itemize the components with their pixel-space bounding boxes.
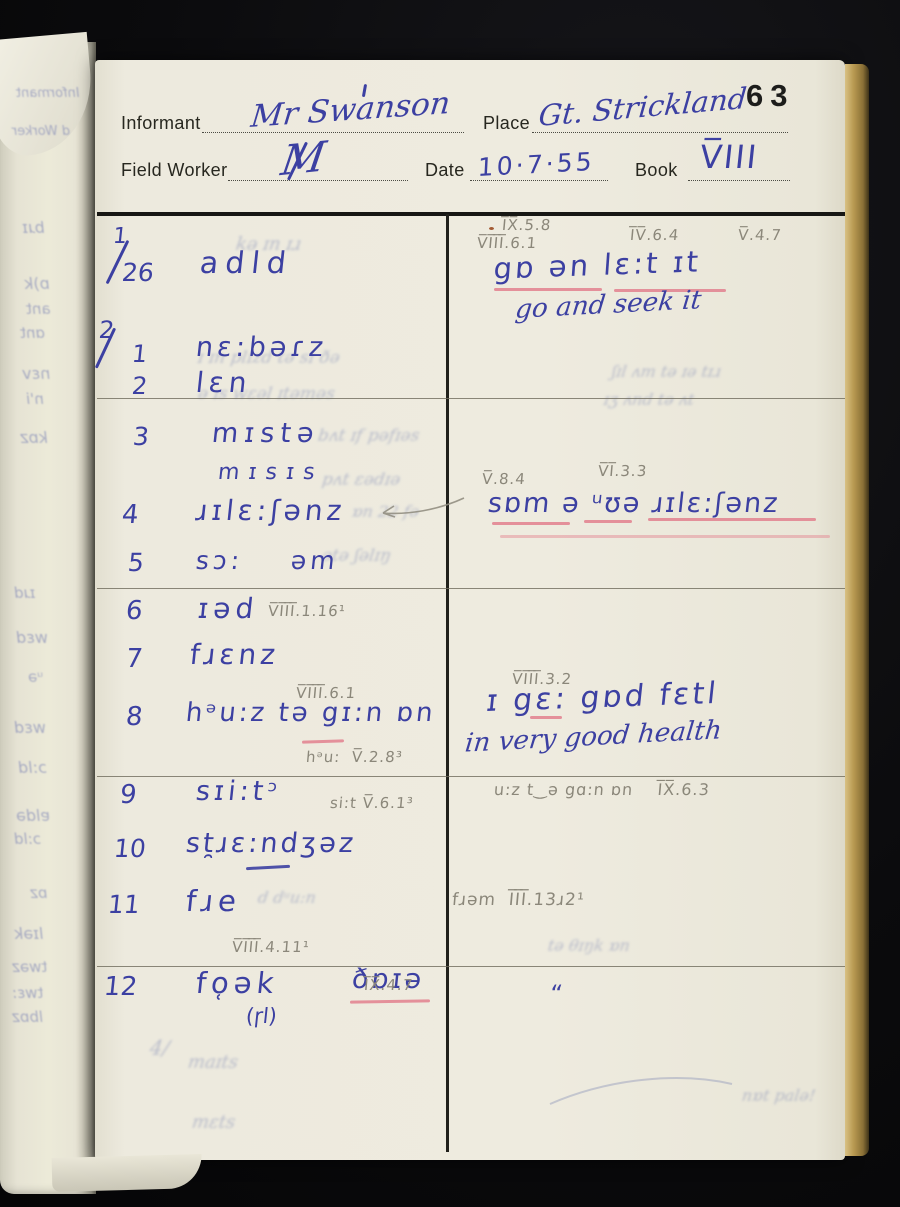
entry-text: hᵊu:z tə gɪ:n ɒn	[184, 698, 437, 728]
column-divider	[446, 214, 449, 1152]
entry-text: sɪi:tᵓ	[194, 776, 283, 807]
date-label: Date	[425, 160, 465, 181]
entry-number: 4	[120, 500, 140, 530]
entry-number: 26	[120, 258, 155, 287]
red-underline	[530, 716, 562, 719]
ink-speck	[489, 227, 494, 230]
informant-label: Informant	[121, 113, 201, 134]
entry-number: 10	[112, 834, 147, 863]
entry-text: fɹe	[184, 884, 243, 918]
entry-text: adld	[198, 246, 294, 281]
ghost-text: d dᵘu:n	[257, 888, 318, 907]
date-value: 10·7·55	[477, 147, 595, 182]
entry-text: ɹɪlɛ:ʃənz	[194, 494, 347, 527]
red-underline	[494, 288, 602, 291]
fieldworker-label: Field Worker	[121, 160, 228, 181]
entry-number: 1	[131, 340, 149, 368]
pencil-ref: V̅.8.4	[481, 470, 526, 488]
entry-text: lɛn	[194, 366, 253, 399]
entry-text: fo̜ək	[194, 966, 280, 1000]
entry-number: 9	[118, 780, 138, 810]
pencil-phonetic: u:z t‿ə gɑ:n ɒn I̅X̅.6.3	[493, 780, 711, 799]
red-underline	[492, 522, 570, 525]
entry-number: 11	[106, 890, 141, 919]
response-phonetic: sɒm ə ᵘʊə ɹɪlɛ:ʃənz	[486, 488, 781, 519]
entry-text: mɪstə	[210, 418, 321, 449]
pencil-ref: I̅X̅.5.8	[501, 216, 552, 234]
place-rule	[532, 131, 788, 133]
ghost-text: bʌt ɪf pəfɪəs	[317, 426, 421, 446]
pencil-ref: I̅X̅.4.7	[363, 976, 414, 994]
pencil-ref: si:t V̅.6.1³	[329, 794, 414, 812]
ghost-text: ɪʒ ʌnd tə ʌt	[603, 390, 696, 409]
row-line-2	[97, 588, 845, 589]
informant-rule	[202, 131, 464, 133]
ghost-text: pʌt ɛədɪə	[321, 470, 402, 490]
ghost-curve-line	[540, 1062, 740, 1112]
entry-number: 2	[131, 372, 149, 400]
pencil-ref: V̅I̅I̅I̅.6.1	[476, 234, 538, 252]
ghost-text: ʃɪl ʌm tə ɪə tɪɹ	[611, 362, 723, 381]
entry-text: sɔ: əm	[194, 546, 340, 575]
entry-subscript: (ɼl)	[245, 1004, 278, 1028]
pencil-ref: V̅I̅.3.3	[597, 462, 648, 480]
entry-number: 5	[126, 548, 145, 577]
ghost-text: 4∕	[148, 1036, 171, 1060]
entry-text: ɪəd	[196, 592, 260, 625]
pencil-arrow-icon	[376, 492, 466, 522]
pencil-phonetic: fɹəm I̅I̅I̅.13ɹ2¹	[451, 890, 585, 910]
ghost-text: maɪts	[187, 1052, 240, 1073]
entry-text-variant: mɪsɪs	[217, 460, 325, 485]
ghost-text: nɒt palə!	[741, 1086, 817, 1105]
scanned-notebook-photo: Informantd Workerbɹɪɒ)kantɑntnɛvn'ikɒzɪɹ…	[0, 0, 900, 1207]
entry-text: fɹɛnz	[188, 638, 280, 671]
page-number: 63	[746, 78, 794, 114]
red-underline	[584, 520, 632, 523]
entry-number: 6	[124, 596, 144, 626]
pencil-ref: I̅V̅.6.4	[629, 226, 680, 244]
entry-number: 7	[124, 644, 144, 674]
entry-number: 3	[131, 422, 150, 451]
book-rule	[688, 179, 790, 181]
pencil-ref: V̅I̅I̅I̅.4.11¹	[231, 938, 310, 956]
book-value: V̅III	[698, 138, 760, 176]
entry-text: st̯ɹɛ:ndʒəz	[184, 828, 357, 859]
entry-text: nɛ:bəɾz	[194, 332, 328, 363]
entry-number: 8	[124, 702, 144, 732]
pencil-ref: V̅I̅I̅I̅.1.16¹	[267, 602, 346, 620]
table-top-line	[97, 212, 845, 216]
ghost-text: tə θɪŋk ɒn	[547, 936, 632, 955]
ghost-text: mɛts	[191, 1112, 237, 1133]
red-underline	[648, 518, 816, 521]
place-label: Place	[483, 113, 530, 134]
pencil-ref: V̅.4.7	[737, 226, 782, 244]
entry-number: 12	[102, 972, 138, 1002]
pencil-ref: hᵊu: V̅.2.8³	[305, 748, 403, 766]
red-underline-faint	[500, 535, 830, 538]
book-label: Book	[635, 160, 678, 181]
fieldworker-value: M	[278, 132, 329, 185]
